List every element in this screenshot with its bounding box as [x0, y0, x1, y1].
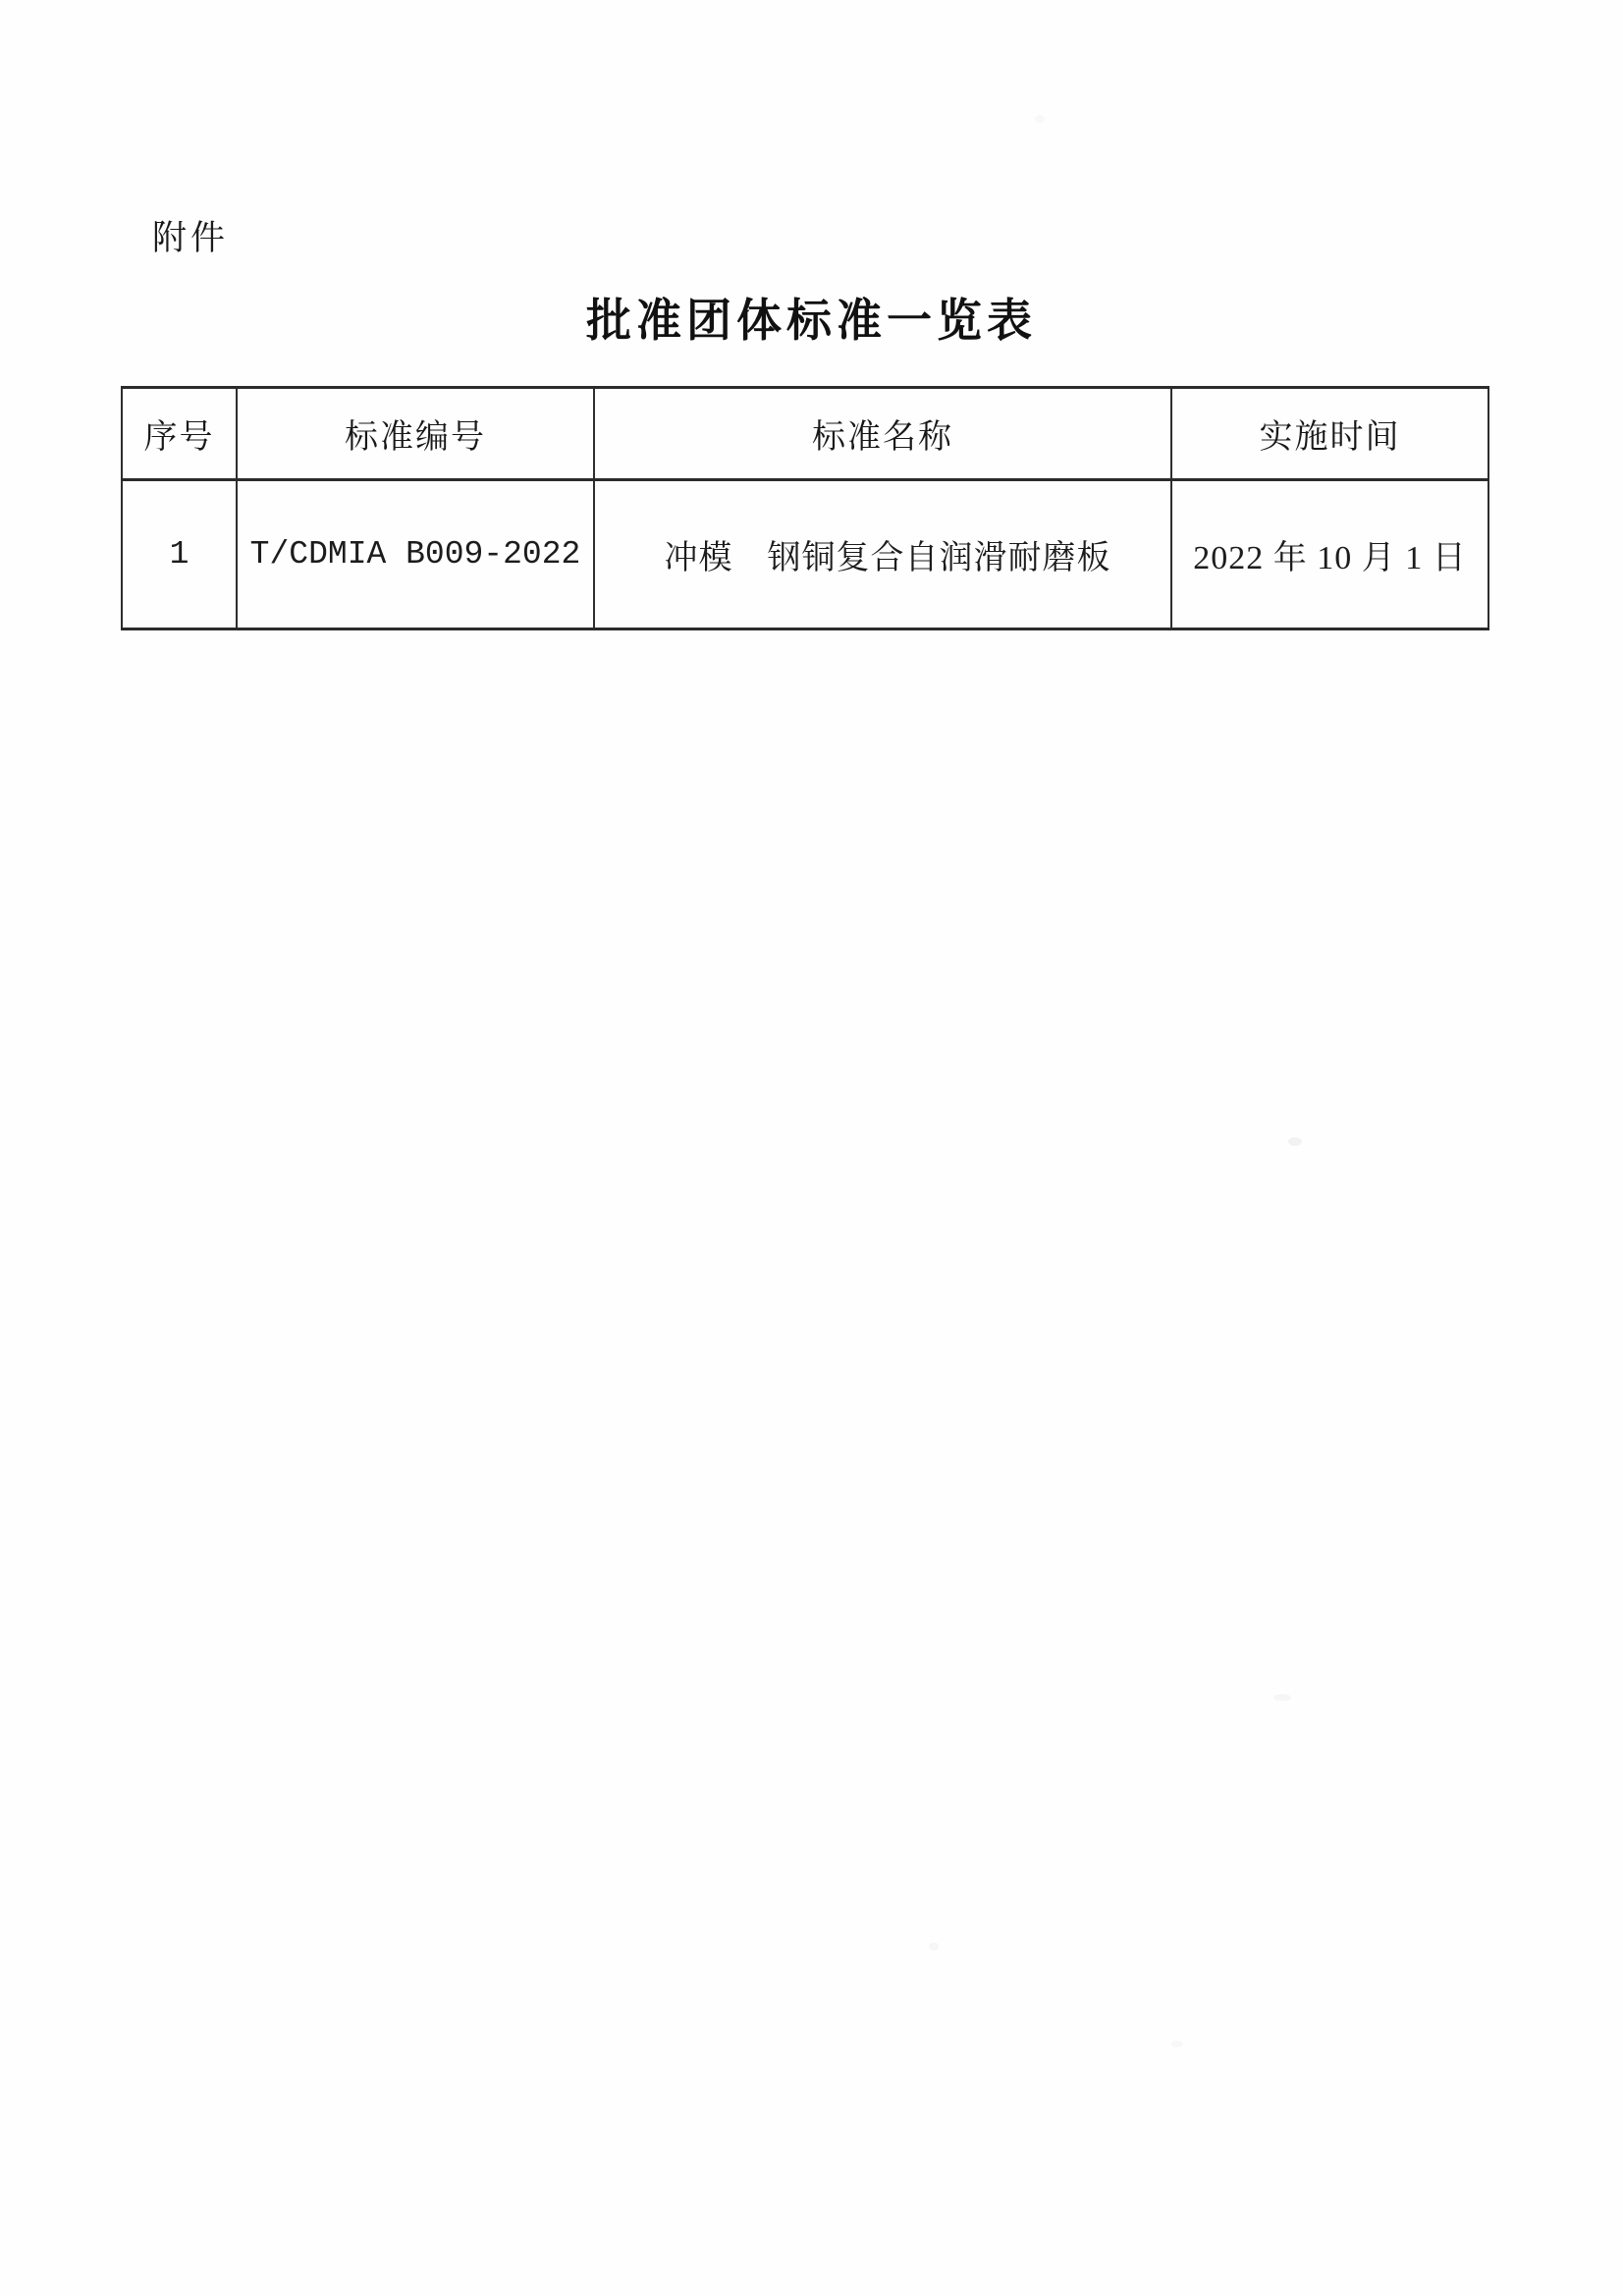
cell-seq: 1: [122, 480, 237, 629]
cell-implementation-date: 2022 年 10 月 1 日: [1171, 480, 1488, 629]
header-cell-seq: 序号: [122, 388, 237, 480]
scan-artifact: [929, 1942, 939, 1950]
scan-artifact: [1273, 1694, 1291, 1701]
table-header-row: 序号 标准编号 标准名称 实施时间: [122, 388, 1488, 480]
standards-table: 序号 标准编号 标准名称 实施时间 1 T/CDMIA B009-2022 冲模…: [121, 386, 1489, 630]
document-page: 附件 批准团体标准一览表 序号 标准编号 标准名称 实施时间 1 T/CDMIA…: [0, 0, 1623, 2296]
table-row: 1 T/CDMIA B009-2022 冲模 钢铜复合自润滑耐磨板 2022 年…: [122, 480, 1488, 629]
page-title: 批准团体标准一览表: [0, 296, 1623, 347]
header-cell-standard-no: 标准编号: [237, 388, 594, 480]
scan-artifact: [1288, 1137, 1302, 1146]
header-cell-standard-name: 标准名称: [594, 388, 1171, 480]
attachment-label: 附件: [152, 220, 229, 257]
cell-standard-name: 冲模 钢铜复合自润滑耐磨板: [594, 480, 1171, 629]
scan-artifact: [1171, 2041, 1183, 2048]
cell-standard-no: T/CDMIA B009-2022: [237, 480, 594, 629]
scan-artifact: [1035, 115, 1045, 123]
header-cell-implementation-date: 实施时间: [1171, 388, 1488, 480]
